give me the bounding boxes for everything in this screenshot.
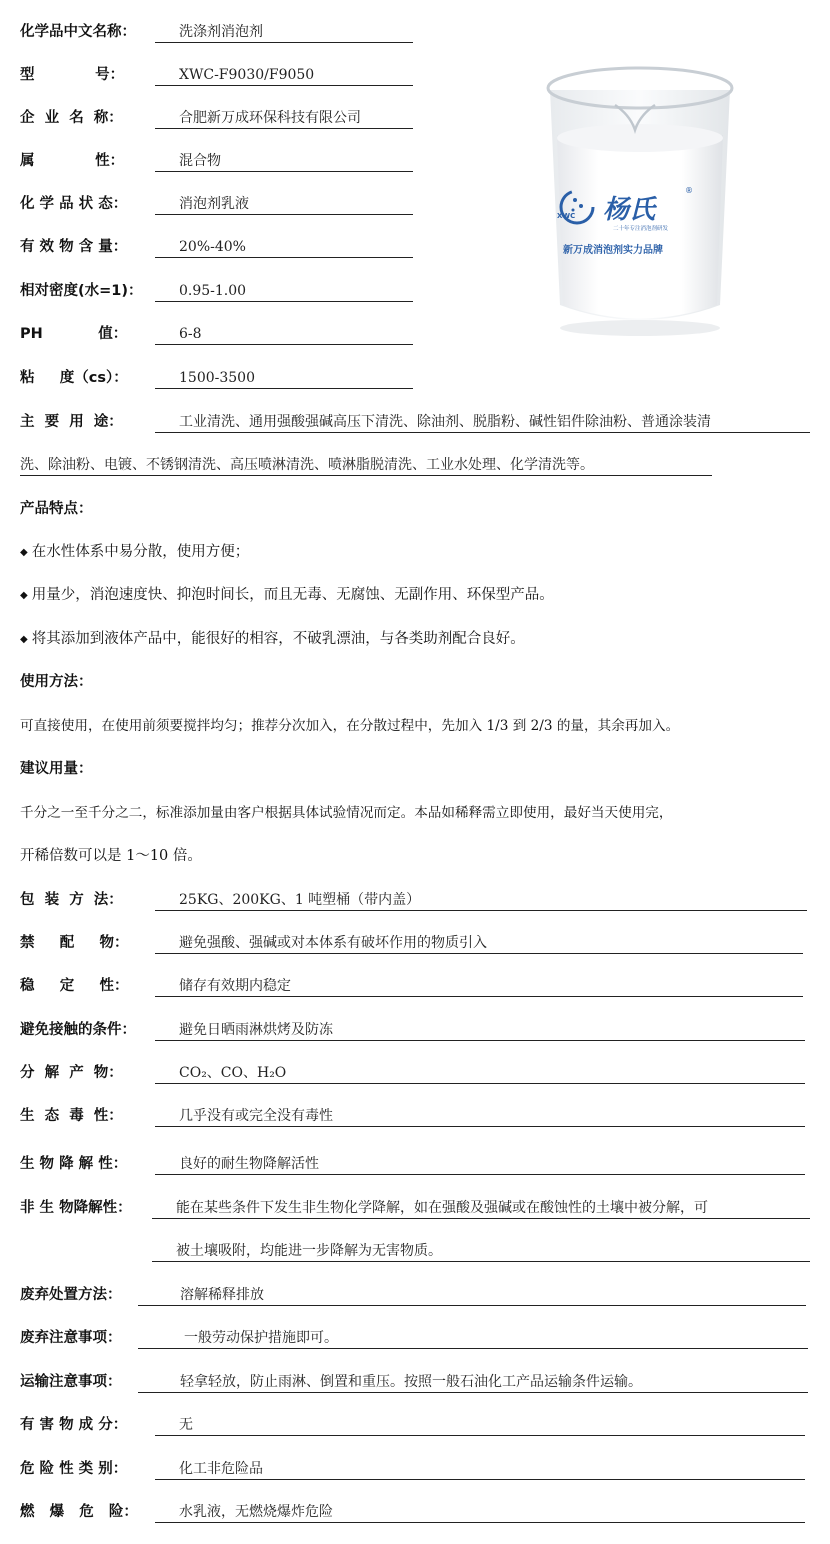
usage-line-1: 工业清洗、通用强酸强碱高压下清洗、除油剂、脱脂粉、碱性铝件除油粉、普通涂装清: [155, 412, 810, 433]
field-value-property: 混合物: [155, 151, 413, 172]
field-value-state: 消泡剂乳液: [155, 194, 413, 215]
field-value-model: XWC-F9030/F9050: [155, 65, 413, 86]
field-row-content: 有 效 物 含 量：: [20, 227, 127, 257]
dosage-heading: 建议用量：: [20, 759, 93, 779]
product-image: XWC 杨氏 ® 二十年专注消泡剂研发 新万成消泡剂实力品牌: [535, 60, 745, 340]
field-label: 主 要 用 途：: [20, 412, 123, 432]
method-heading: 使用方法：: [20, 672, 93, 692]
field-label: 化 学 品 状 态：: [20, 194, 127, 214]
feature-item: ◆将其添加到液体产品中，能很好的相容，不破乳漂油，与各类助剂配合良好。: [20, 629, 525, 650]
feature-item: ◆用量少，消泡速度快、抑泡时间长，而且无毒、无腐蚀、无副作用、环保型产品。: [20, 585, 554, 606]
field-value-content: 20%-40%: [155, 237, 413, 258]
field-label: 属 性：: [20, 151, 124, 171]
field-label: 有 效 物 含 量：: [20, 237, 127, 257]
features-heading: 产品特点：: [20, 499, 93, 519]
dosage-line-1: 千分之一至千分之二，标准添加量由客户根据具体试验情况而定。本品如稀释需立即使用，…: [20, 803, 673, 823]
field-label: 避免接触的条件：: [20, 1020, 136, 1040]
field-row-chinese-name: 化学品中文名称：: [20, 12, 136, 42]
field-row-state: 化 学 品 状 态：: [20, 184, 127, 214]
field-value-chinese-name: 洗涤剂消泡剂: [155, 22, 413, 43]
svg-text:XWC: XWC: [557, 212, 575, 220]
feature-item: ◆在水性体系中易分散，使用方便；: [20, 542, 249, 563]
abiotic-line-2: 被土壤吸附，均能进一步降解为无害物质。: [152, 1241, 810, 1262]
field-label: 化学品中文名称：: [20, 22, 136, 42]
field-label: 生 物 降 解 性：: [20, 1154, 127, 1174]
field-value-ph: 6-8: [155, 324, 413, 345]
field-value-transport-notes: 轻拿轻放，防止雨淋、倒置和重压。按照一般石油化工产品运输条件运输。: [138, 1372, 808, 1393]
svg-text:®: ®: [685, 186, 693, 195]
field-label: 废弃注意事项：: [20, 1328, 122, 1348]
field-value-hazardous-components: 无: [155, 1415, 805, 1436]
field-row-abiotic: 非 生 物降解性：: [20, 1188, 132, 1218]
field-value-packaging: 25KG、200KG、1 吨塑桶（带内盖）: [155, 890, 807, 911]
field-label: 危 险 性 类 别：: [20, 1459, 127, 1479]
field-row-ph: PH 值：: [20, 314, 127, 344]
field-value-density: 0.95-1.00: [155, 281, 413, 302]
field-value-incompatible: 避免强酸、强碱或对本体系有破坏作用的物质引入: [155, 933, 803, 954]
field-value-avoid-conditions: 避免日晒雨淋烘烤及防冻: [155, 1020, 805, 1041]
beaker-icon: XWC 杨氏 ® 二十年专注消泡剂研发 新万成消泡剂实力品牌: [535, 60, 745, 340]
diamond-bullet-icon: ◆: [20, 547, 28, 558]
field-label: 粘 度（cs）：: [20, 368, 128, 388]
svg-text:二十年专注消泡剂研发: 二十年专注消泡剂研发: [613, 224, 669, 232]
svg-text:新万成消泡剂实力品牌: 新万成消泡剂实力品牌: [563, 243, 663, 256]
field-row-density: 相对密度(水=1)：: [20, 271, 143, 301]
field-value-disposal: 溶解稀释排放: [138, 1285, 806, 1306]
field-label: 相对密度(水=1)：: [20, 281, 143, 301]
field-row-model: 型 号：: [20, 55, 124, 85]
field-label: 非 生 物降解性：: [20, 1198, 132, 1218]
field-label: 分 解 产 物：: [20, 1063, 123, 1083]
field-row-usage: 主 要 用 途：: [20, 402, 123, 432]
abiotic-line-1: 能在某些条件下发生非生物化学降解，如在强酸及强碱或在酸蚀性的土壤中被分解，可: [152, 1198, 810, 1219]
diamond-bullet-icon: ◆: [20, 634, 28, 645]
field-row-viscosity: 粘 度（cs）：: [20, 358, 128, 388]
field-label: 生 态 毒 性：: [20, 1106, 123, 1126]
field-value-fire-explosion: 水乳液，无燃烧爆炸危险: [155, 1502, 805, 1523]
field-value-biodegradability: 良好的耐生物降解活性: [155, 1154, 805, 1175]
diamond-bullet-icon: ◆: [20, 590, 28, 601]
field-label: 禁 配 物：: [20, 933, 128, 953]
field-value-company: 合肥新万成环保科技有限公司: [155, 108, 413, 129]
field-value-stability: 储存有效期内稳定: [155, 976, 803, 997]
usage-line-2: 洗、除油粉、电镀、不锈钢清洗、高压喷淋清洗、喷淋脂脱清洗、工业水处理、化学清洗等…: [20, 455, 712, 476]
field-value-hazard-class: 化工非危险品: [155, 1459, 805, 1480]
field-label: PH 值：: [20, 324, 127, 344]
dosage-line-2: 开稀倍数可以是 1～10 倍。: [20, 846, 202, 866]
field-label: 废弃处置方法：: [20, 1285, 122, 1305]
field-label: 燃 爆 危 险：: [20, 1502, 138, 1522]
field-label: 稳 定 性：: [20, 976, 128, 996]
field-value-disposal-notes: 一般劳动保护措施即可。: [138, 1328, 808, 1349]
method-text: 可直接使用，在使用前须要搅拌均匀；推荐分次加入，在分散过程中，先加入 1/3 到…: [20, 716, 679, 736]
field-label: 企 业 名 称：: [20, 108, 123, 128]
field-row-company: 企 业 名 称：: [20, 98, 123, 128]
svg-text:杨氏: 杨氏: [603, 195, 658, 225]
field-value-ecotoxicity: 几乎没有或完全没有毒性: [155, 1106, 805, 1127]
field-value-viscosity: 1500-3500: [155, 368, 413, 389]
field-label: 运输注意事项：: [20, 1372, 122, 1392]
field-value-decomposition: CO₂、CO、H₂O: [155, 1063, 805, 1084]
field-label: 有 害 物 成 分：: [20, 1415, 127, 1435]
field-label: 型 号：: [20, 65, 124, 85]
field-label: 包 装 方 法：: [20, 890, 123, 910]
field-row-property: 属 性：: [20, 141, 124, 171]
